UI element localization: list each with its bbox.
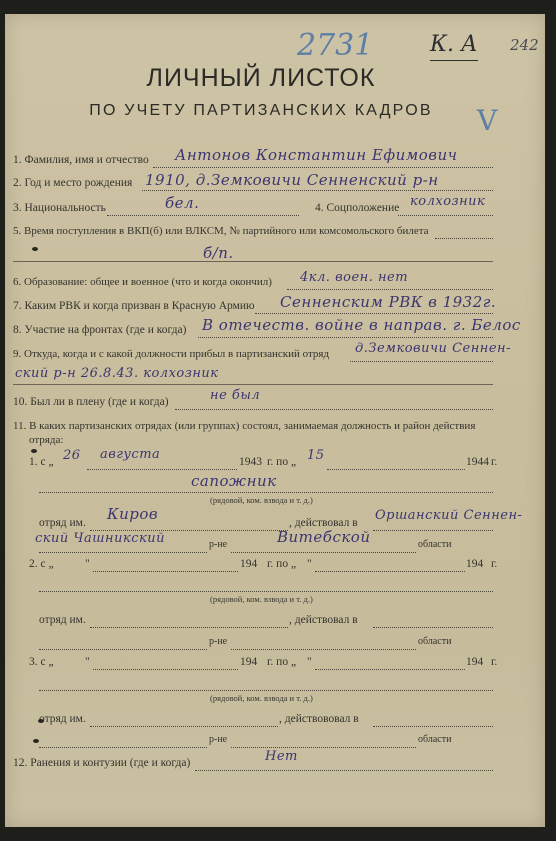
entry-1-region-line — [231, 552, 416, 553]
field-9-line-a — [350, 361, 493, 362]
field-7-label: 7. Каким РВК и когда призван в Красную А… — [13, 300, 255, 312]
entry-2-year-suffix: г. — [491, 558, 497, 570]
field-2-label: 2. Год и место рождения — [13, 177, 132, 189]
entry-2-acted-label: , действовал в — [289, 614, 358, 626]
entry-1-district-line — [39, 552, 207, 553]
document-title: ЛИЧНЫЙ ЛИСТОК — [0, 64, 531, 93]
entry-2-to-quote: " — [307, 558, 312, 570]
entry-3-region-line — [231, 747, 416, 748]
entry-3-district-label: р-не — [209, 734, 227, 745]
entry-3-to-year: 194 — [466, 656, 483, 668]
entry-3-from-year: 194 — [240, 656, 257, 668]
entry-1-from-year: 1943 — [239, 456, 262, 468]
punch-hole-mark — [33, 739, 39, 743]
entry-1-to-line — [327, 469, 465, 470]
entry-2-detachment-line — [90, 627, 288, 628]
entry-2-area-line — [373, 627, 493, 628]
field-4-line — [398, 215, 493, 216]
entry-1-position: сапожник — [191, 472, 277, 490]
entry-1-detachment-label: отряд им. — [39, 517, 86, 529]
entry-3-to-prefix: г. по „ — [267, 656, 296, 668]
field-7-value: Сенненским РВК в 1932г. — [280, 293, 496, 311]
field-8-label: 8. Участие на фронтах (где и когда) — [13, 324, 186, 336]
entry-1-from-line — [87, 469, 237, 470]
entry-2-number: 2. с „ — [29, 558, 54, 570]
entry-3-acted-label: , действововал в — [279, 713, 359, 725]
entry-3-number: 3. с „ — [29, 656, 54, 668]
entry-3-to-line — [315, 669, 465, 670]
entry-2-to-prefix: г. по „ — [267, 558, 296, 570]
entry-3-year-suffix: г. — [491, 656, 497, 668]
entry-3-to-quote: " — [307, 656, 312, 668]
field-12-value: Нет — [265, 749, 298, 764]
field-10-line — [175, 409, 493, 410]
entry-1-region-label: области — [418, 539, 451, 550]
entry-1-region: Витебской — [277, 528, 371, 546]
entry-3-position-hint: (рядовой, ком. взвода и т. д.) — [210, 693, 313, 703]
field-12-label: 12. Ранения и контузии (где и когда) — [13, 757, 190, 769]
archive-number-annotation: 2731 — [297, 28, 373, 63]
field-9-value-line1: д.Земковичи Сеннен- — [355, 341, 511, 356]
punch-hole-mark — [38, 719, 44, 723]
entry-3-region-label: области — [418, 734, 451, 745]
field-5-line-b — [13, 261, 493, 262]
field-4-label: 4. Соцположение — [315, 202, 399, 214]
field-12-line — [195, 770, 493, 771]
entry-3-district-line — [39, 747, 207, 748]
field-6-line — [287, 289, 493, 290]
entry-2-to-year: 194 — [466, 558, 483, 570]
entry-1-detachment: Киров — [107, 505, 158, 523]
entry-2-region-line — [231, 649, 416, 650]
field-11-label-line2: отряда: — [29, 434, 63, 446]
punch-hole-mark — [31, 449, 37, 453]
entry-2-from-line — [93, 571, 238, 572]
field-3-value: бел. — [165, 194, 199, 212]
field-6-label: 6. Образование: общее и военное (что и к… — [13, 276, 272, 288]
field-5-value: б/п. — [203, 244, 234, 262]
entry-2-district-line — [39, 649, 207, 650]
document-subtitle: ПО УЧЕТУ ПАРТИЗАНСКИХ КАДРОВ — [0, 102, 531, 120]
field-9-line-b — [13, 384, 493, 385]
entry-3-from-line — [93, 669, 238, 670]
field-5-label: 5. Время поступления в ВКП(б) или ВЛКСМ,… — [13, 225, 429, 237]
entry-1-area-line — [373, 530, 493, 531]
field-9-value-line2: ский р-н 26.8.43. колхозник — [15, 366, 219, 381]
field-3-line — [107, 215, 299, 216]
entry-1-to-day: 15 — [307, 448, 325, 463]
entry-1-area-line2: ский Чашникский — [35, 531, 165, 546]
field-1-value: Антонов Константин Ефимович — [175, 146, 457, 164]
field-7-line — [255, 313, 493, 314]
entry-1-position-line — [39, 492, 493, 493]
entry-1-from-month: августа — [100, 447, 160, 462]
entry-1-position-hint: (рядовой, ком. взвода и т. д.) — [210, 495, 313, 505]
entry-1-area-line1: Оршанский Сеннен- — [375, 508, 522, 523]
entry-1-from-day: 26 — [63, 448, 81, 463]
field-9-label: 9. Откуда, когда и с какой должности при… — [13, 348, 329, 360]
entry-2-detachment-label: отряд им. — [39, 614, 86, 626]
page-number-annotation: 242 — [510, 36, 539, 54]
entry-1-to-prefix: г. по „ — [267, 456, 296, 468]
entry-3-position-line — [39, 690, 493, 691]
entry-3-from-quote: " — [85, 656, 90, 668]
field-4-value: колхозник — [410, 194, 485, 209]
initials-annotation: К. А — [430, 32, 478, 61]
entry-2-from-year: 194 — [240, 558, 257, 570]
field-11-label-line1: 11. В каких партизанских отрядах (или гр… — [13, 420, 475, 432]
entry-2-position-hint: (рядовой, ком. взвода и т. д.) — [210, 594, 313, 604]
entry-2-position-line — [39, 591, 493, 592]
field-1-line — [153, 167, 493, 168]
field-3-label: 3. Национальность — [13, 202, 106, 214]
field-6-value: 4кл. воен. нет — [300, 270, 408, 285]
entry-1-district-label: р-не — [209, 539, 227, 550]
entry-3-detachment-label: отряд им. — [39, 713, 86, 725]
field-8-line — [198, 337, 493, 338]
field-2-line — [142, 190, 493, 191]
entry-2-region-label: области — [418, 636, 451, 647]
entry-2-district-label: р-не — [209, 636, 227, 647]
field-8-value: В отечеств. войне в направ. г. Белос — [202, 316, 521, 334]
entry-1-year-suffix: г. — [491, 456, 497, 468]
field-2-value: 1910, д.Земковичи Сенненский р-н — [145, 171, 439, 189]
entry-2-to-line — [315, 571, 465, 572]
entry-3-detachment-line — [90, 726, 278, 727]
field-1-label: 1. Фамилия, имя и отчество — [13, 154, 149, 166]
entry-1-to-year: 1944 — [466, 456, 489, 468]
entry-2-from-quote: " — [85, 558, 90, 570]
punch-hole-mark — [32, 247, 38, 251]
field-10-value: не был — [210, 388, 260, 403]
field-10-label: 10. Был ли в плену (где и когда) — [13, 396, 169, 408]
entry-3-area-line — [373, 726, 493, 727]
entry-1-number: 1. с „ — [29, 456, 54, 468]
field-5-line-a — [435, 238, 493, 239]
document-sheet: 2731 К. А 242 V ЛИЧНЫЙ ЛИСТОК ПО УЧЕТУ П… — [5, 14, 545, 827]
